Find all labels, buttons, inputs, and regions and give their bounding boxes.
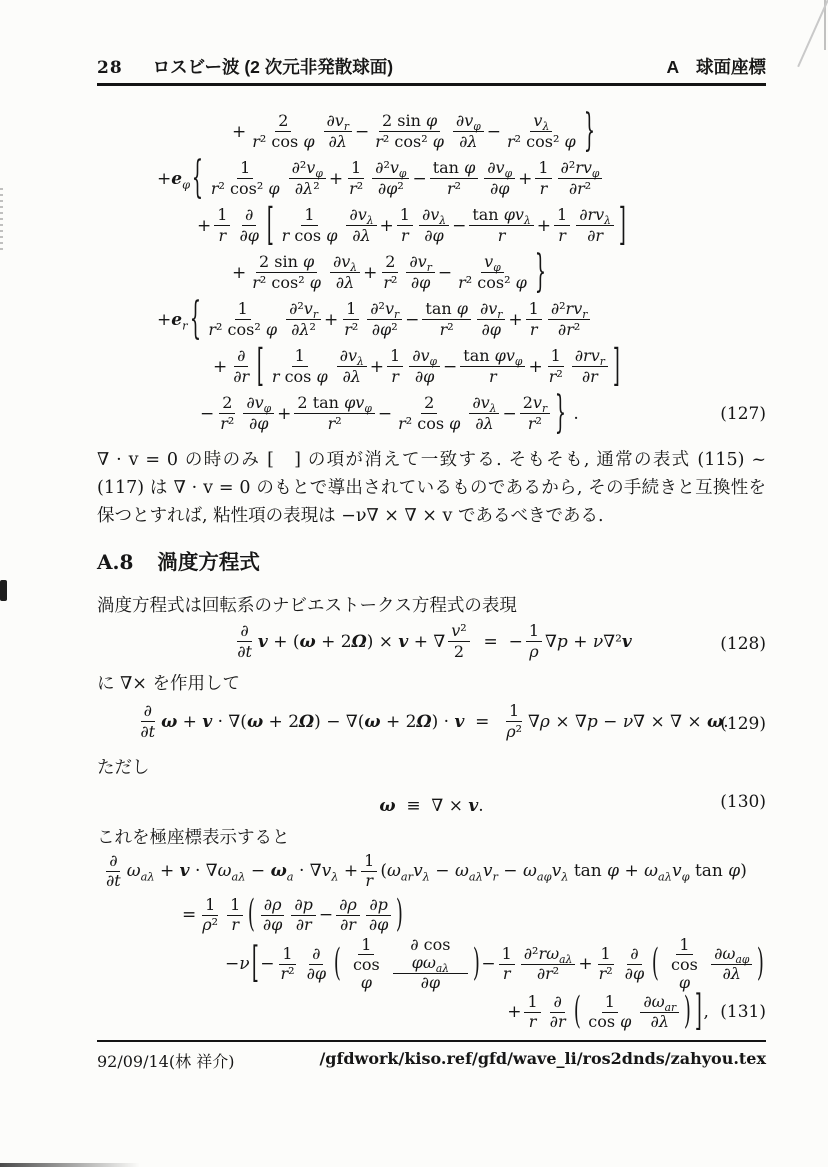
numerator: 1 xyxy=(554,206,570,226)
fraction: v²2 xyxy=(448,622,469,660)
numerator: ∂ xyxy=(309,945,323,965)
numerator: v² xyxy=(448,622,469,642)
denominator: ρ² xyxy=(503,722,525,741)
math-text: + xyxy=(578,954,592,974)
denominator: ∂r xyxy=(584,226,606,245)
denominator: r cos φ xyxy=(279,226,341,245)
numerator: 1 xyxy=(598,945,614,965)
numerator: tan φvφ xyxy=(460,347,525,367)
numerator: ∂ xyxy=(242,206,256,226)
scan-artifact-left-specks xyxy=(0,188,3,250)
denominator: r² cos² φ xyxy=(455,273,530,292)
math-text: ∇ρ × ∇p − ν∇ × ∇ × ω. xyxy=(528,712,729,732)
fraction: 1r² xyxy=(346,159,366,197)
equation-line: =1ρ²1r(∂ρ∂φ∂p∂r−∂ρ∂r∂p∂φ) xyxy=(182,892,766,938)
denominator: ∂t xyxy=(234,642,255,661)
numerator: 1 xyxy=(214,206,230,226)
fraction: ∂ρ∂φ xyxy=(260,896,285,934)
numerator: ∂²vr xyxy=(367,300,402,320)
big-delimiter: } xyxy=(555,388,566,440)
numerator: ∂vr xyxy=(406,253,434,273)
big-delimiter: ) xyxy=(396,893,403,937)
numerator: ∂ρ xyxy=(261,896,285,916)
numerator: 1 xyxy=(237,159,253,179)
numerator: ∂vφ xyxy=(409,347,440,367)
math-text: + xyxy=(324,310,338,330)
fraction: 1r xyxy=(499,945,515,983)
fraction: ∂vr∂φ xyxy=(477,300,505,338)
numerator: vφ xyxy=(481,253,504,273)
fraction: ∂²vφ∂λ² xyxy=(289,159,326,197)
denominator: r xyxy=(216,226,230,245)
numerator: tan φ xyxy=(422,300,471,320)
math-text: +er xyxy=(157,310,188,330)
numerator: 1 xyxy=(235,300,251,320)
fraction: 1r xyxy=(214,206,230,244)
math-text: + xyxy=(197,216,211,236)
numerator: 2 xyxy=(382,253,398,273)
fraction: 2 sin φr² cos² φ xyxy=(372,112,447,150)
fraction: ∂²rωaλ∂r² xyxy=(521,945,576,983)
big-delimiter: } xyxy=(583,106,594,158)
math-text: ω ≡ ∇ × v. xyxy=(379,796,483,816)
numerator: vλ xyxy=(530,112,552,132)
fraction: ∂vλ∂λ xyxy=(469,394,499,432)
big-delimiter: ) xyxy=(473,942,480,986)
fraction: ∂rvr∂r xyxy=(572,347,608,385)
fraction: tan φr² xyxy=(430,159,479,197)
numerator: 1 xyxy=(358,936,374,956)
numerator: ∂ xyxy=(237,622,251,642)
denominator: ∂λ² xyxy=(292,179,323,198)
fraction: 1r² xyxy=(277,945,297,983)
numerator: 2 sin φ xyxy=(256,253,317,273)
math-text: − xyxy=(200,404,214,424)
denominator: r xyxy=(486,367,500,386)
denominator: r xyxy=(495,226,509,245)
denominator: ∂λ xyxy=(648,1013,672,1032)
numerator: tan φ xyxy=(430,159,479,179)
fraction: 1r² cos² φ xyxy=(208,159,283,197)
equation-131: ∂∂tωaλ + v · ∇ωaλ − ωa · ∇vλ +1r(ωarvλ −… xyxy=(97,850,766,1034)
equation-number: (130) xyxy=(720,792,766,812)
numerator: 1 xyxy=(676,936,692,956)
math-text: = xyxy=(182,905,196,925)
denominator: r² cos² φ xyxy=(372,132,447,151)
numerator: 1 xyxy=(535,159,551,179)
denominator: ∂φ xyxy=(366,916,391,935)
fraction: 2 sin φr² cos² φ xyxy=(249,253,324,291)
denominator: r xyxy=(527,320,541,339)
section-heading: A.8 渦度方程式 xyxy=(97,545,766,575)
fraction: ∂∂φ xyxy=(236,206,261,244)
big-delimiter: } xyxy=(535,247,546,299)
denominator: ∂r² xyxy=(566,179,594,198)
numerator: ∂vr xyxy=(324,112,352,132)
numerator: ∂ xyxy=(234,347,248,367)
header-title: ロスビー波 (2 次元非発散球面) xyxy=(153,54,393,79)
denominator: ∂φ² xyxy=(375,179,407,198)
denominator: r xyxy=(398,226,412,245)
equation-127: +2r² cos φ∂vr∂λ−2 sin φr² cos² φ∂vφ∂λ−vλ… xyxy=(97,108,766,437)
scan-artifact-left-blob xyxy=(0,580,7,601)
fraction: ∂∂φ xyxy=(304,945,329,983)
fraction: 1ρ² xyxy=(199,896,221,934)
denominator: r² xyxy=(217,414,237,433)
denominator: r xyxy=(526,1013,540,1032)
equation-number: (128) xyxy=(720,634,766,654)
fraction: 1r xyxy=(361,852,377,890)
fraction: ∂vr∂φ xyxy=(406,253,434,291)
section-number: A.8 xyxy=(97,550,133,574)
numerator: 1 xyxy=(524,993,540,1013)
numerator: ∂vφ xyxy=(484,159,515,179)
math-text: + xyxy=(363,263,377,283)
denominator: r² xyxy=(546,367,566,386)
denominator: ∂φ xyxy=(260,916,285,935)
numerator: 1 xyxy=(292,347,308,367)
denominator: ∂λ xyxy=(456,132,480,151)
denominator: ∂φ xyxy=(487,179,512,198)
fraction: tan φvφr xyxy=(460,347,525,385)
denominator: ∂λ xyxy=(340,367,364,386)
numerator: ∂ xyxy=(141,702,155,722)
denominator: ∂r xyxy=(579,367,601,386)
math-text: ∇p + ν∇²v xyxy=(545,632,632,652)
numerator: ∂p xyxy=(366,896,391,916)
denominator: ∂φ² xyxy=(369,320,401,339)
fraction: 2 tan φvφr² xyxy=(294,394,374,432)
denominator: ∂φ xyxy=(408,273,433,292)
denominator: r² xyxy=(346,179,366,198)
math-text: + xyxy=(508,310,522,330)
math-text: − xyxy=(355,122,369,142)
numerator: 1 xyxy=(526,622,542,642)
numerator: 1 xyxy=(526,300,542,320)
numerator: ∂ωaφ xyxy=(711,945,752,965)
big-delimiter: ] xyxy=(619,200,626,252)
equation-line: ∂∂tωaλ + v · ∇ωaλ − ωa · ∇vλ +1r(ωarvλ −… xyxy=(100,850,766,892)
fraction: ∂vλ∂λ xyxy=(346,206,376,244)
numerator: 1 xyxy=(548,347,564,367)
denominator: cos φ xyxy=(346,955,387,992)
math-text: − xyxy=(405,310,419,330)
header-rule xyxy=(97,83,766,86)
denominator: ∂λ xyxy=(326,132,350,151)
fraction: ∂∂t xyxy=(234,622,255,660)
paragraph-viscosity: ∇ · v = 0 の時のみ [ ] の項が消えて一致する. そもそも, 通常の… xyxy=(97,446,766,530)
denominator: ∂r xyxy=(293,916,315,935)
fraction: ∂vλ∂λ xyxy=(330,253,360,291)
fraction: ∂∂r xyxy=(230,347,252,385)
denominator: r² cos² φ xyxy=(208,179,283,198)
math-text: + xyxy=(213,357,227,377)
denominator: ∂φ xyxy=(236,226,261,245)
numerator: 1 xyxy=(506,702,522,722)
fraction: 1r cos φ xyxy=(269,347,331,385)
math-text: − xyxy=(443,357,457,377)
fraction: 1r² xyxy=(341,300,361,338)
big-delimiter: ) xyxy=(757,942,764,986)
numerator: ∂²rωaλ xyxy=(521,945,576,965)
math-text: + xyxy=(528,357,542,377)
math-text: = − xyxy=(473,632,523,652)
math-text: − xyxy=(319,905,333,925)
fraction: 1ρ xyxy=(526,622,542,660)
fraction: ∂p∂φ xyxy=(366,896,391,934)
fraction: ∂ρ∂r xyxy=(336,896,360,934)
numerator: 2 sin φ xyxy=(379,112,440,132)
fraction: 2r² xyxy=(380,253,400,291)
denominator: ∂λ xyxy=(333,273,357,292)
equation-line: +eφ{1r² cos² φ∂²vφ∂λ²+1r²∂²vφ∂φ²−tan φr²… xyxy=(157,155,766,202)
equation-128: ∂∂tv + (ω + 2Ω) × v + ∇v²2 = −1ρ∇p + ν∇²… xyxy=(97,618,766,670)
fraction: ∂²vφ∂φ² xyxy=(372,159,409,197)
denominator: r² cos² φ xyxy=(205,320,280,339)
denominator: ∂φ xyxy=(304,965,329,984)
big-delimiter: ( xyxy=(652,942,659,986)
numerator: 1 xyxy=(348,159,364,179)
numerator: 1 xyxy=(602,993,618,1013)
denominator: ∂r xyxy=(230,367,252,386)
fraction: 1r xyxy=(526,300,542,338)
equation-129: ∂∂tω + v · ∇(ω + 2Ω) − ∇(ω + 2Ω) · v = 1… xyxy=(97,698,766,750)
math-text: ωaλ + v · ∇ωaλ − ωa · ∇vλ + xyxy=(127,861,358,881)
denominator: ρ xyxy=(526,642,541,661)
scan-artifact-right-edge xyxy=(824,0,826,50)
denominator: r xyxy=(228,916,242,935)
numerator: 1 xyxy=(202,896,218,916)
denominator: ∂t xyxy=(103,872,124,891)
denominator: ∂λ xyxy=(720,965,744,984)
numerator: ∂²vφ xyxy=(372,159,409,179)
fraction: 1r xyxy=(535,159,551,197)
denominator: r² xyxy=(341,320,361,339)
fraction: ∂∂φ xyxy=(622,945,647,983)
fraction: 2r² cos φ xyxy=(395,394,463,432)
denominator: r² cos² φ xyxy=(249,273,324,292)
denominator: ∂φ xyxy=(478,320,503,339)
math-text: − xyxy=(438,263,452,283)
fraction: 1r xyxy=(387,347,403,385)
numerator: ∂rvλ xyxy=(576,206,614,226)
denominator: ∂t xyxy=(137,722,158,741)
math-text: (ωarvλ − ωaλvr − ωaφvλ tan φ + ωaλvφ tan… xyxy=(380,861,747,881)
math-text: −ν xyxy=(225,954,250,974)
fraction: 1cos φ xyxy=(664,936,705,993)
numerator: 1 xyxy=(361,852,377,872)
fraction: 2vrr² xyxy=(520,394,550,432)
math-text: + xyxy=(537,216,551,236)
fraction: ∂²rvr∂r² xyxy=(548,300,591,338)
fraction: 1r xyxy=(524,993,540,1031)
math-text: + xyxy=(277,404,291,424)
fraction: vλr² cos² φ xyxy=(504,112,579,150)
numerator: 1 xyxy=(397,206,413,226)
math-text: . xyxy=(568,404,579,424)
denominator: r xyxy=(500,965,514,984)
denominator: ∂r xyxy=(337,916,359,935)
denominator: r² cos² φ xyxy=(504,132,579,151)
denominator: r² xyxy=(277,965,297,984)
math-text: + xyxy=(232,122,246,142)
denominator: ∂r² xyxy=(555,320,583,339)
fraction: tan φr² xyxy=(422,300,471,338)
fraction: ∂rvλ∂r xyxy=(576,206,614,244)
equation-line: +er{1r² cos² φ∂²vr∂λ²+1r²∂²vr∂φ²−tan φr²… xyxy=(157,296,766,343)
fraction: ∂vr∂λ xyxy=(324,112,352,150)
numerator: 1 xyxy=(227,896,243,916)
denominator: ∂φ xyxy=(418,974,443,993)
big-delimiter: [ xyxy=(267,200,274,252)
fraction: 1r² xyxy=(596,945,616,983)
denominator: ∂r² xyxy=(534,965,562,984)
equation-number: (127) xyxy=(720,404,766,424)
denominator: r xyxy=(555,226,569,245)
equation-line: −2r²∂vφ∂φ+2 tan φvφr²−2r² cos φ∂vλ∂λ−2vr… xyxy=(200,390,766,437)
denominator: ρ² xyxy=(199,916,221,935)
numerator: ∂vλ xyxy=(469,394,499,414)
fraction: vφr² cos² φ xyxy=(455,253,530,291)
numerator: 2 tan φvφ xyxy=(294,394,374,414)
math-text: − xyxy=(487,122,501,142)
numerator: 1 xyxy=(301,206,317,226)
denominator: ∂λ² xyxy=(288,320,319,339)
equation-number: (129) xyxy=(720,714,766,734)
numerator: ∂ xyxy=(106,852,120,872)
denominator: r² xyxy=(380,273,400,292)
big-delimiter: ] xyxy=(695,987,702,1037)
equation-line: +2 sin φr² cos² φ∂vλ∂λ+2r²∂vr∂φ−vφr² cos… xyxy=(232,249,766,296)
equation-line: +1r∂∂r(1cos φ∂ωar∂λ)], (131) xyxy=(97,990,766,1034)
denominator: r² cos φ xyxy=(395,414,463,433)
numerator: ∂ xyxy=(627,945,641,965)
math-text: ω + v · ∇(ω + 2Ω) − ∇(ω + 2Ω) · v = xyxy=(161,712,500,732)
numerator: ∂ xyxy=(550,993,564,1013)
denominator: r xyxy=(388,367,402,386)
math-text: − xyxy=(452,216,466,236)
denominator: r² xyxy=(525,414,545,433)
denominator: r xyxy=(362,872,376,891)
denominator: ∂r xyxy=(547,1013,569,1032)
big-delimiter: ( xyxy=(248,893,255,937)
math-text: v + (ω + 2Ω) × v + ∇ xyxy=(258,632,445,652)
numerator: ∂ρ xyxy=(336,896,360,916)
fraction: ∂vλ∂φ xyxy=(419,206,449,244)
fraction: 2r² xyxy=(217,394,237,432)
math-text: + xyxy=(370,357,384,377)
big-delimiter: { xyxy=(192,153,203,205)
numerator: ∂²rvr xyxy=(548,300,591,320)
denominator: 2 xyxy=(451,642,467,661)
fraction: ∂∂t xyxy=(137,702,158,740)
footer-file-path: /gfdwork/kiso.ref/gfd/wave_li/ros2dnds/z… xyxy=(319,1049,766,1072)
denominator: r² xyxy=(444,179,464,198)
numerator: 1 xyxy=(279,945,295,965)
fraction: 1r xyxy=(227,896,243,934)
fraction: ∂ωaφ∂λ xyxy=(711,945,752,983)
big-delimiter: [ xyxy=(257,341,264,393)
fraction: ∂²vr∂λ² xyxy=(286,300,321,338)
scan-artifact-corner-crease xyxy=(797,0,828,67)
fraction: 1r cos φ xyxy=(279,206,341,244)
fraction: ∂ωar∂λ xyxy=(640,993,679,1031)
equation-130: ω ≡ ∇ × v.(130) xyxy=(97,782,766,822)
equation-number: (131) xyxy=(715,1002,766,1022)
page-content: 28 ロスビー波 (2 次元非発散球面) A 球面座標 +2r² cos φ∂v… xyxy=(97,0,766,1167)
numerator: ∂vφ xyxy=(243,394,274,414)
numerator: ∂vλ xyxy=(330,253,360,273)
fraction: ∂vφ∂φ xyxy=(409,347,440,385)
numerator: ∂rvr xyxy=(572,347,608,367)
numerator: 2 xyxy=(421,394,437,414)
fraction: 1r² xyxy=(546,347,566,385)
math-text: − xyxy=(260,954,274,974)
math-text: + xyxy=(232,263,246,283)
math-text: − xyxy=(481,954,495,974)
paragraph-tadashi: ただし xyxy=(97,754,766,779)
math-text: − xyxy=(378,404,392,424)
big-delimiter: { xyxy=(189,294,200,346)
fraction: 1r xyxy=(397,206,413,244)
section-title: 渦度方程式 xyxy=(157,545,260,575)
math-text: + xyxy=(518,169,532,189)
denominator: ∂φ xyxy=(246,414,271,433)
numerator: ∂vλ xyxy=(419,206,449,226)
numerator: 2 xyxy=(275,112,291,132)
numerator: ∂p xyxy=(291,896,316,916)
numerator: ∂vr xyxy=(477,300,505,320)
denominator: ∂φ xyxy=(421,226,446,245)
fraction: tan φvλr xyxy=(469,206,533,244)
denominator: ∂λ xyxy=(472,414,496,433)
equation-line: ∂∂tω + v · ∇(ω + 2Ω) − ∇(ω + 2Ω) · v = 1… xyxy=(97,698,766,745)
footer-date-author: 92/09/14(林 祥介) xyxy=(97,1049,234,1072)
math-text: + xyxy=(380,216,394,236)
paragraph-polar: これを極座標表示すると xyxy=(97,824,766,849)
equation-line: ∂∂tv + (ω + 2Ω) × v + ∇v²2 = −1ρ∇p + ν∇²… xyxy=(97,618,766,665)
denominator: r² xyxy=(596,965,616,984)
fraction: ∂p∂r xyxy=(291,896,316,934)
page-header: 28 ロスビー波 (2 次元非発散球面) A 球面座標 xyxy=(97,54,766,79)
fraction: 1cos φ xyxy=(346,936,387,993)
numerator: tan φvλ xyxy=(469,206,533,226)
equation-line: −ν[−1r²∂∂φ(1cos φ∂ cos φωaλ∂φ)−1r∂²rωaλ∂… xyxy=(225,938,766,990)
big-delimiter: ) xyxy=(684,990,691,1034)
page-footer: 92/09/14(林 祥介) /gfdwork/kiso.ref/gfd/wav… xyxy=(97,1040,766,1072)
math-text: , xyxy=(703,1002,708,1022)
numerator: 1 xyxy=(343,300,359,320)
fraction: ∂vφ∂φ xyxy=(484,159,515,197)
fraction: 1cos φ xyxy=(585,993,634,1031)
denominator: r² xyxy=(325,414,345,433)
fraction: 1r² cos² φ xyxy=(205,300,280,338)
math-text: − xyxy=(502,404,516,424)
big-delimiter: ( xyxy=(334,942,341,986)
numerator: 1 xyxy=(387,347,403,367)
fraction: ∂∂t xyxy=(103,852,124,890)
numerator: ∂ cos φωaλ xyxy=(393,936,468,974)
equation-line: +∂∂r[1r cos φ∂vλ∂λ+1r∂vφ∂φ−tan φvφr+1r²∂… xyxy=(213,343,766,390)
fraction: ∂∂r xyxy=(547,993,569,1031)
math-text: + xyxy=(329,169,343,189)
fraction: ∂vφ∂φ xyxy=(243,394,274,432)
math-text: + xyxy=(507,1002,521,1022)
fraction: 2r² cos φ xyxy=(249,112,317,150)
paragraph-vorticity-intro: 渦度方程式は回転系のナビエストークス方程式の表現 xyxy=(97,592,766,617)
numerator: ∂²vφ xyxy=(289,159,326,179)
equation-line: ω ≡ ∇ × v. xyxy=(97,782,766,829)
